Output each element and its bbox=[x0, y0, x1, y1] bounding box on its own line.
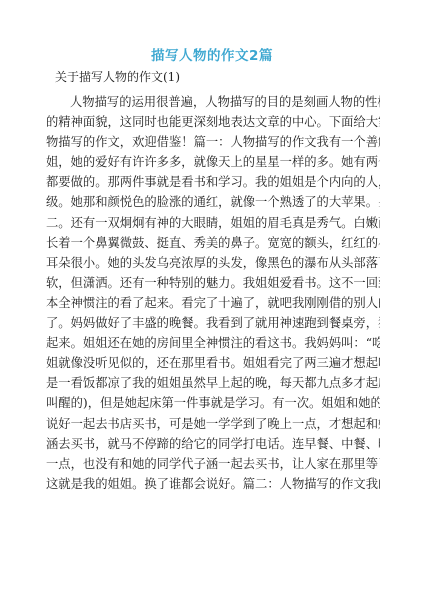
text-line: 人物描写的运用很普遍，人物描写的目的是刻画人物的性格，表现人物 bbox=[46, 92, 380, 112]
text-line: 是一看饭都凉了我的姐姐虽然早上起的晚，每天都九点多才起床(还是被我 bbox=[46, 373, 380, 393]
text-line: 都要做的。那两件事就是看书和学习。我的姐姐是个内向的人，上高中二年 bbox=[46, 172, 380, 192]
text-line: 一点，也没有和她的同学代子涵一起去买书，让人家在那里等了好长时间。 bbox=[46, 454, 380, 474]
text-line: 软，但潇洒。还有一种特别的魅力。我姐姐爱看书。这不一回到家就那起书 bbox=[46, 273, 380, 293]
text-line: 的精神面貌，这同时也能更深刻地表达文章的中心。下面给大家分享关于人 bbox=[46, 112, 380, 132]
text-line: 起来。姐姐还在她的房间里全神惯注的看这书。我妈妈叫：“吃饭了。”姐 bbox=[46, 333, 380, 353]
text-line: 这就是我的姐姐。换了谁都会说好。篇二：人物描写的作文我的姐姐有一双 bbox=[46, 474, 380, 494]
section-heading: 关于描写人物的作文(1) bbox=[55, 68, 180, 85]
document-page: 描写人物的作文2篇 关于描写人物的作文(1) 人物描写的运用很普遍，人物描写的目… bbox=[0, 0, 424, 600]
text-line: 级。她那和颜悦色的脸涨的通红，就像一个熟透了的大苹果。身高是一米七 bbox=[46, 192, 380, 212]
text-line: 长着一个鼻翼微鼓、挺直、秀美的鼻子。宽宽的额头，红红的小嘴，姐姐的 bbox=[46, 233, 380, 253]
text-line: 涵去买书，就马不停蹄的给它的同学打电话。连早餐、中餐、晚餐都没有吃 bbox=[46, 434, 380, 454]
text-line: 物描写的作文，欢迎借鉴！篇一：人物描写的作文我有一个善解人意的姐 bbox=[46, 132, 380, 152]
essay-body: 人物描写的运用很普遍，人物描写的目的是刻画人物的性格，表现人物 的精神面貌，这同… bbox=[46, 92, 380, 494]
text-line: 姐就像没听见似的，还在那里看书。姐姐看完了两三遍才想起吃饭的事，可 bbox=[46, 353, 380, 373]
text-line: 说好一起去书店买书，可是她一学学到了晚上一点，才想起和她的同学代子 bbox=[46, 414, 380, 434]
text-line: 二。还有一双炯炯有神的大眼睛，姐姐的眉毛真是秀气。白嫩而红润的脸上 bbox=[46, 213, 380, 233]
document-title: 描写人物的作文2篇 bbox=[0, 44, 424, 64]
text-line: 叫醒的)，但是她起床第一件事就是学习。有一次。姐姐和她的同学代子涵 bbox=[46, 393, 380, 413]
text-line: 了。妈妈做好了丰盛的晚餐。我看到了就用神速跑到餐桌旁，狼吞虎咽的吃 bbox=[46, 313, 380, 333]
text-line: 姐，她的爱好有许许多多，就像天上的星星一样的多。她有两个爱好是每天 bbox=[46, 152, 380, 172]
text-line: 本全神惯注的看了起来。看完了十遍了，就吧我刚刚借的别人的书给我抢走 bbox=[46, 293, 380, 313]
text-line: 耳朵很小。她的头发乌亮浓厚的头发，像黑色的瀑布从头部落下来。它不柔 bbox=[46, 253, 380, 273]
